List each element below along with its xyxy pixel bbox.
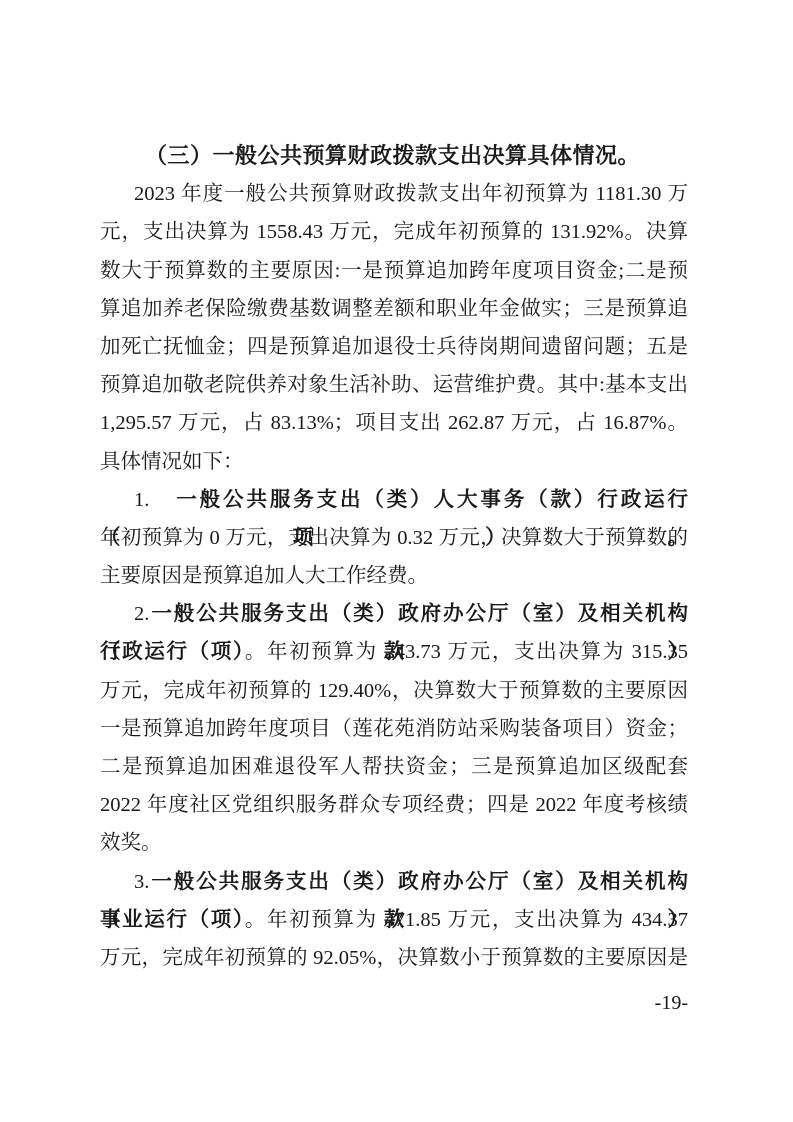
text-line: 预算追加敬老院供养对象生活补助、运营维护费。其中:基本支出 [100, 366, 688, 404]
text-run: 具体情况如下： [100, 451, 244, 473]
text-line: 主要原因是预算追加人大工作经费。 [100, 557, 688, 595]
text-run: 元，支出决算为 1558.43 万元，完成年初预算的 131.92%。决算 [100, 221, 688, 243]
text-run: 2022 年度社区党组织服务群众专项经费；四是 2022 年度考核绩 [100, 794, 688, 816]
text-run: 1. [134, 489, 149, 511]
text-line: 3.一般公共服务支出（类）政府办公厅（室）及相关机构（款） [100, 863, 688, 901]
text-line: 数大于预算数的主要原因:一是预算追加跨年度项目资金;二是预 [100, 252, 688, 290]
text-line: 年初预算为 0 万元，支出决算为 0.32 万元，决算数大于预算数的 [100, 519, 688, 557]
text-run: 2023 年度一般公共预算财政拨款支出年初预算为 1181.30 万 [134, 183, 688, 205]
text-line: 2023 年度一般公共预算财政拨款支出年初预算为 1181.30 万 [100, 175, 688, 213]
text-run: 。年初预算为 243.73 万元，支出决算为 315.35 [245, 641, 688, 663]
text-line: 具体情况如下： [100, 443, 688, 481]
text-line: 加死亡抚恤金；四是预算追加退役士兵待岗期间遗留问题；五是 [100, 328, 688, 366]
text-run: 算追加养老保险缴费基数调整差额和职业年金做实；三是预算追 [100, 298, 688, 320]
text-line: 万元，完成年初预算的 129.40%，决算数大于预算数的主要原因 [100, 672, 688, 710]
text-line: 元，支出决算为 1558.43 万元，完成年初预算的 131.92%。决算 [100, 213, 688, 251]
text-run: 万元，完成年初预算的 92.05%，决算数小于预算数的主要原因是 [100, 947, 688, 969]
text-line: 效奖。 [100, 824, 688, 862]
text-line: 算追加养老保险缴费基数调整差额和职业年金做实；三是预算追 [100, 290, 688, 328]
paragraph-lines: 2023 年度一般公共预算财政拨款支出年初预算为 1181.30 万元，支出决算… [100, 175, 688, 977]
text-line: 1.一般公共服务支出（类）人大事务（款）行政运行（项）。 [100, 481, 688, 519]
text-run: 加死亡抚恤金；四是预算追加退役士兵待岗期间遗留问题；五是 [100, 336, 688, 358]
section-heading: （三）一般公共预算财政拨款支出决算具体情况。 [100, 137, 688, 175]
text-run: 年初预算为 0 万元，支出决算为 0.32 万元，决算数大于预算数的 [100, 527, 688, 549]
text-line: 二是预算追加困难退役军人帮扶资金；三是预算追加区级配套 [100, 748, 688, 786]
bold-text-run: 行政运行（项） [100, 641, 245, 663]
text-run: 3. [134, 871, 149, 893]
bold-text-run: 事业运行（项） [100, 909, 245, 931]
text-line: 2022 年度社区党组织服务群众专项经费；四是 2022 年度考核绩 [100, 786, 688, 824]
text-run: 。年初预算为 471.85 万元，支出决算为 434.37 [245, 909, 688, 931]
text-run: 主要原因是预算追加人大工作经费。 [100, 565, 428, 587]
text-run: 数大于预算数的主要原因:一是预算追加跨年度项目资金;二是预 [100, 260, 688, 282]
text-line: 1,295.57 万元，占 83.13%；项目支出 262.87 万元，占 16… [100, 404, 688, 442]
text-line: 一是预算追加跨年度项目（莲花苑消防站采购装备项目）资金； [100, 710, 688, 748]
text-run: 效奖。 [100, 832, 162, 854]
text-run: 预算追加敬老院供养对象生活补助、运营维护费。其中:基本支出 [100, 374, 688, 396]
text-run: 二是预算追加困难退役军人帮扶资金；三是预算追加区级配套 [100, 756, 688, 778]
text-line: 行政运行（项）。年初预算为 243.73 万元，支出决算为 315.35 [100, 633, 688, 671]
text-run: 一是预算追加跨年度项目（莲花苑消防站采购装备项目）资金； [100, 718, 688, 740]
text-line: 事业运行（项）。年初预算为 471.85 万元，支出决算为 434.37 [100, 901, 688, 939]
text-run: 1,295.57 万元，占 83.13%；项目支出 262.87 万元，占 16… [100, 412, 688, 434]
text-line: 2.一般公共服务支出（类）政府办公厅（室）及相关机构（款） [100, 595, 688, 633]
text-run: 2. [134, 603, 149, 625]
document-body: （三）一般公共预算财政拨款支出决算具体情况。 2023 年度一般公共预算财政拨款… [100, 137, 688, 977]
page-number: -19- [655, 991, 688, 1015]
text-run: 万元，完成年初预算的 129.40%，决算数大于预算数的主要原因 [100, 680, 688, 702]
text-line: 万元，完成年初预算的 92.05%，决算数小于预算数的主要原因是 [100, 939, 688, 977]
document-page: （三）一般公共预算财政拨款支出决算具体情况。 2023 年度一般公共预算财政拨款… [0, 0, 793, 1122]
